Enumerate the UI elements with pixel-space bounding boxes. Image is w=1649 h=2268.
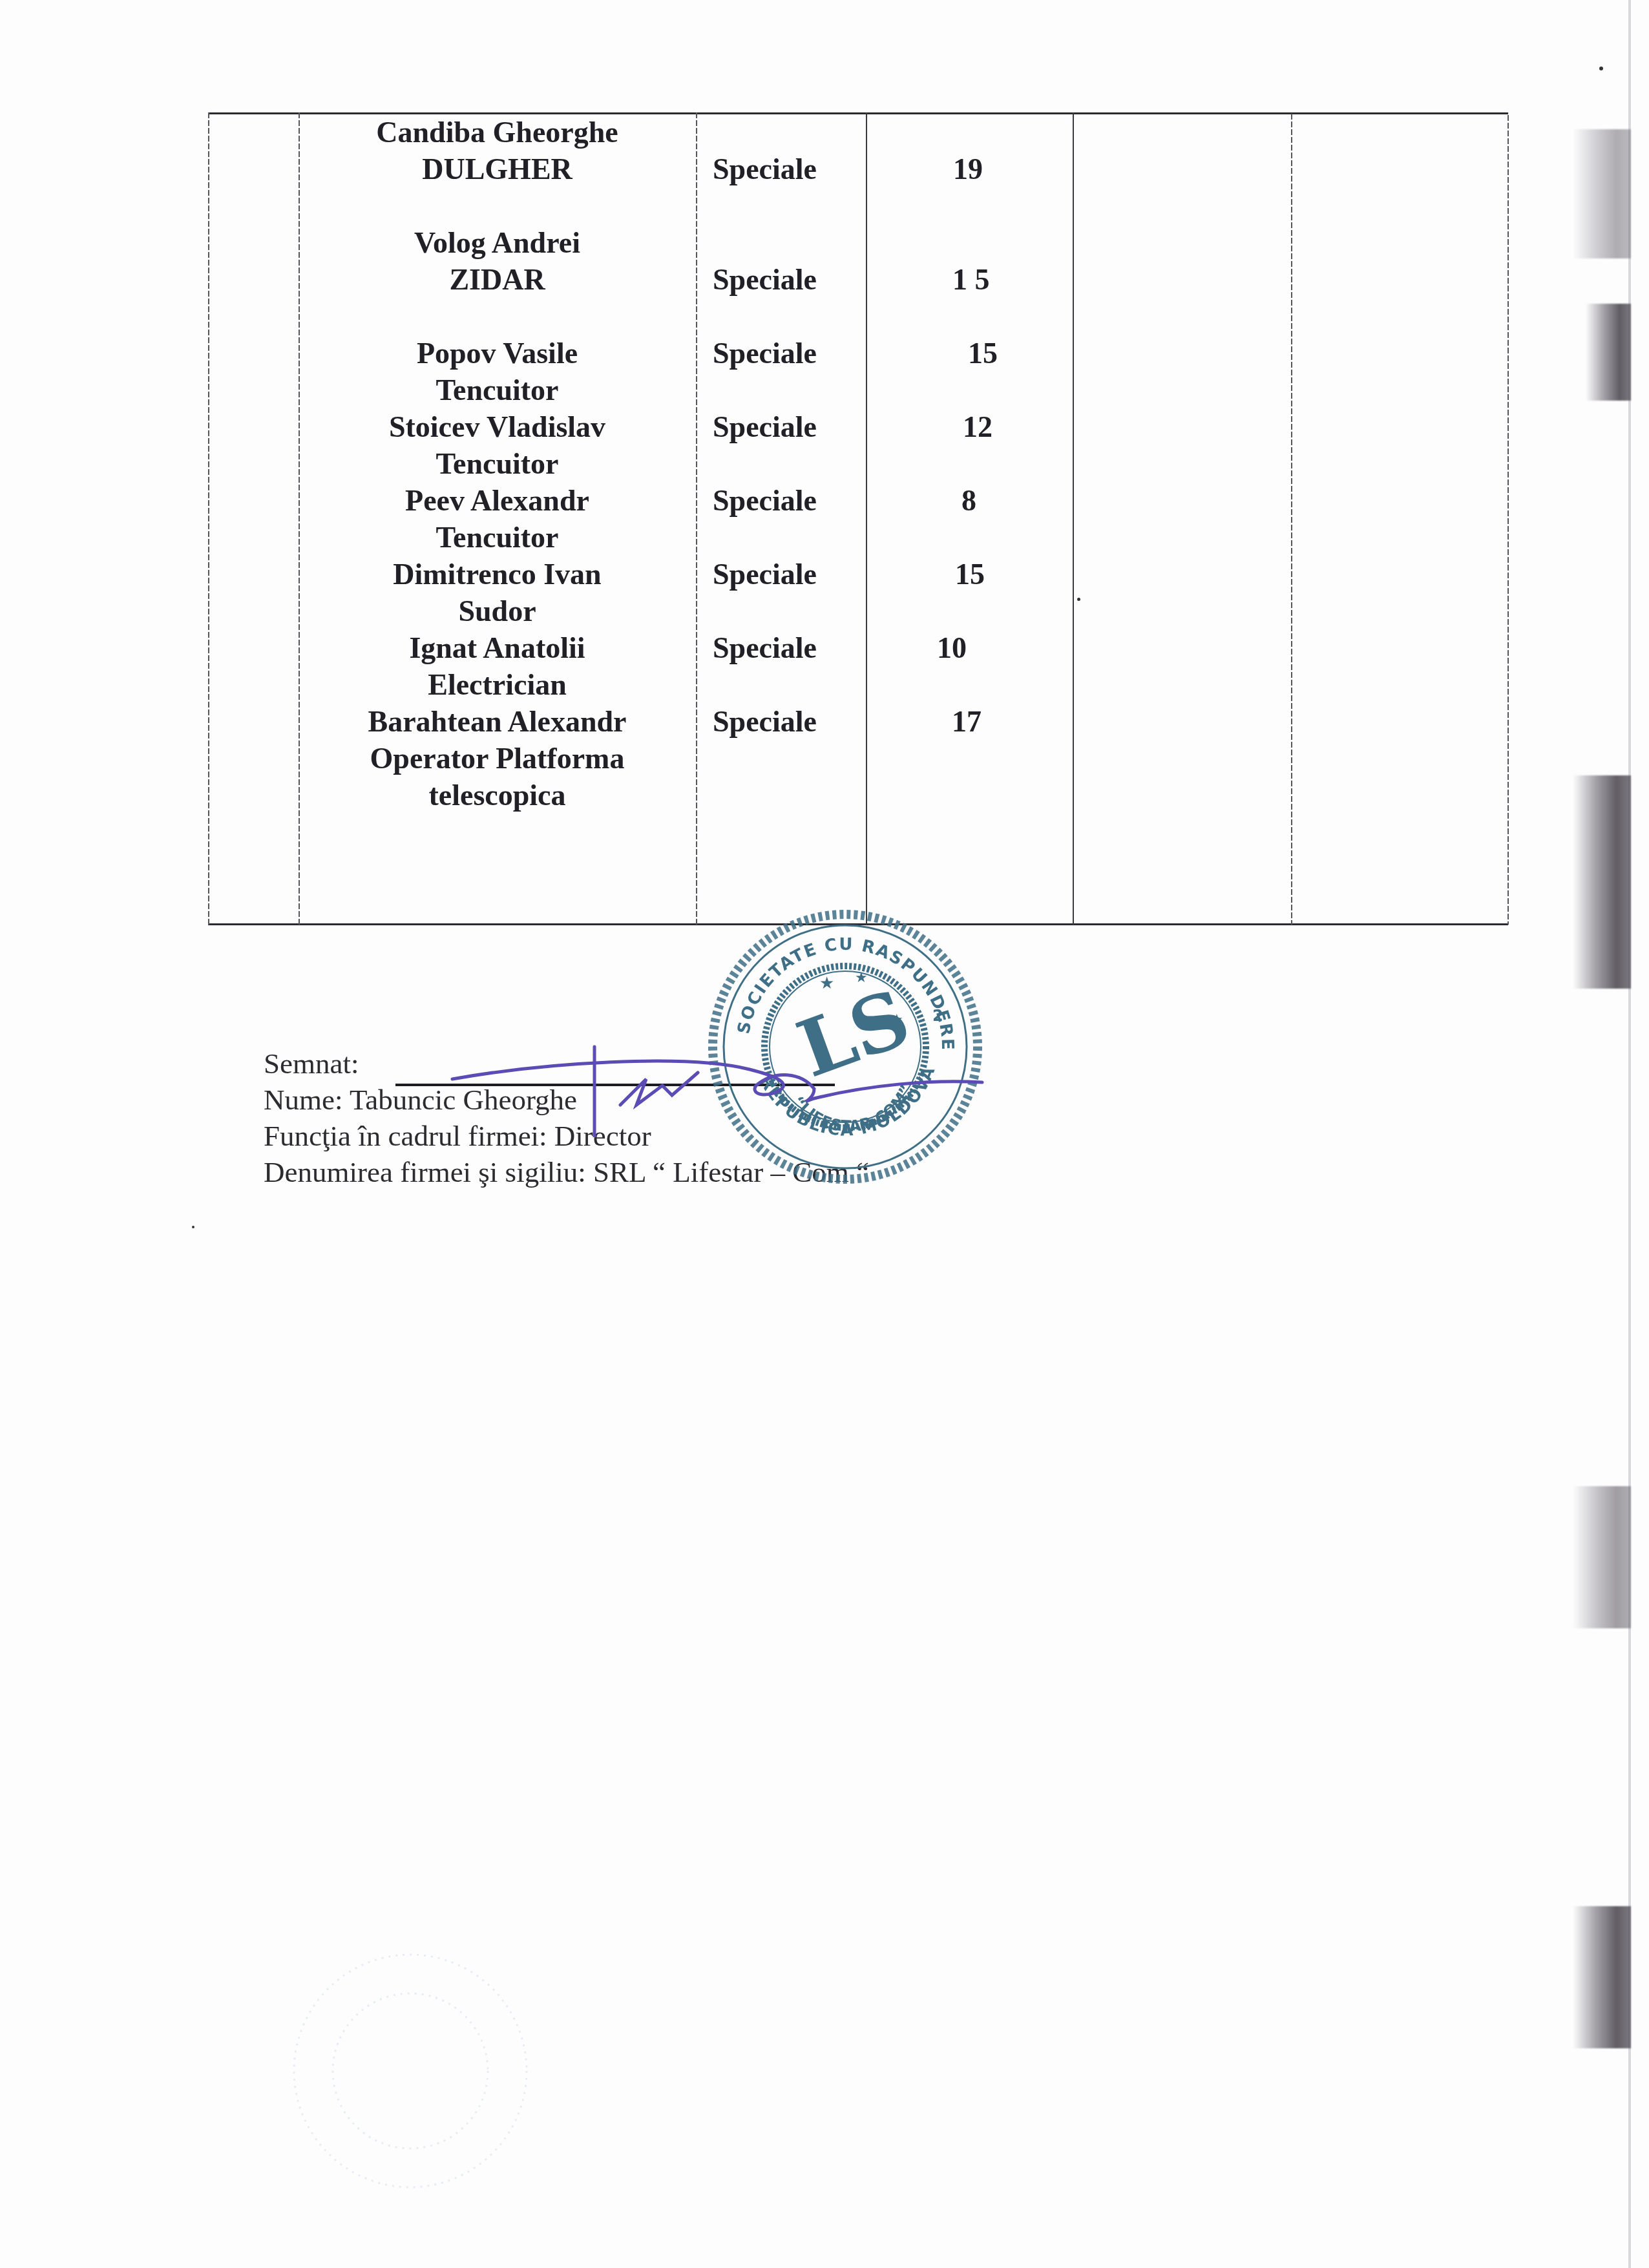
worker-days: 12 <box>963 408 993 445</box>
worker-days: 19 <box>953 151 983 187</box>
scanner-streak <box>1573 775 1631 989</box>
worker-category: Speciale <box>713 629 817 666</box>
worker-role-line2: telescopica <box>299 777 696 814</box>
table-row: Popov Vasile Tencuitor <box>299 335 696 408</box>
worker-days: 8 <box>961 482 976 519</box>
worker-name: Stoicev Vladislav <box>299 408 696 445</box>
worker-days: 1 5 <box>952 261 990 298</box>
worker-role: Tencuitor <box>299 372 696 408</box>
worker-category: Speciale <box>713 482 817 519</box>
document-page: Candiba Gheorghe DULGHER Speciale 19 Vol… <box>0 0 1649 2268</box>
table-col-border <box>1291 114 1292 925</box>
worker-days: 15 <box>955 556 985 593</box>
table-row: Peev Alexandr Tencuitor <box>299 482 696 556</box>
worker-role: Operator Platforma <box>299 740 696 777</box>
worker-category: Speciale <box>713 408 817 445</box>
worker-name: Peev Alexandr <box>299 482 696 519</box>
scan-speck <box>1077 598 1080 601</box>
worker-category: Speciale <box>713 335 817 372</box>
worker-category: Speciale <box>713 151 817 187</box>
signed-label: Semnat: <box>264 1045 359 1082</box>
scanner-streak <box>1586 304 1631 401</box>
table-row: Candiba Gheorghe DULGHER <box>299 114 696 187</box>
table-col-border <box>696 112 697 925</box>
table-row: Barahtean Alexandr Operator Platforma te… <box>299 703 696 814</box>
table-row: Volog Andrei ZIDAR <box>299 224 696 298</box>
table-row: Stoicev Vladislav Tencuitor <box>299 408 696 482</box>
scan-speck <box>192 1226 194 1228</box>
table-col-border <box>866 112 867 925</box>
worker-role: ZIDAR <box>299 261 696 298</box>
worker-name: Barahtean Alexandr <box>299 703 696 740</box>
worker-category: Speciale <box>713 703 817 740</box>
worker-name: Candiba Gheorghe <box>299 114 696 151</box>
worker-name: Dimitrenco Ivan <box>299 556 696 593</box>
worker-role: Electrician <box>299 666 696 703</box>
worker-role: Sudor <box>299 593 696 629</box>
svg-text:★: ★ <box>855 970 868 986</box>
worker-name: Volog Andrei <box>299 224 696 261</box>
svg-text:★: ★ <box>819 974 834 993</box>
worker-category: Speciale <box>713 556 817 593</box>
faint-stamp-impression-icon <box>284 1945 536 2197</box>
worker-role: DULGHER <box>299 151 696 187</box>
worker-days: 17 <box>952 703 982 740</box>
table-col-border <box>208 112 209 925</box>
scanner-streak <box>1573 1486 1631 1628</box>
worker-days: 15 <box>968 335 998 372</box>
worker-role: Tencuitor <box>299 519 696 556</box>
worker-role: Tencuitor <box>299 445 696 482</box>
table-row: Ignat Anatolii Electrician <box>299 629 696 703</box>
handwritten-signature-icon <box>414 1034 995 1137</box>
scanner-streak <box>1573 1906 1631 2048</box>
table-col-border <box>1507 115 1509 925</box>
table-col-border <box>1073 112 1074 925</box>
svg-text:2: 2 <box>932 1007 943 1025</box>
worker-name: Ignat Anatolii <box>299 629 696 666</box>
table-row: Dimitrenco Ivan Sudor <box>299 556 696 629</box>
worker-category: Speciale <box>713 261 817 298</box>
svg-text:★: ★ <box>890 1012 903 1028</box>
scanner-streak <box>1573 129 1631 258</box>
scan-speck <box>1599 67 1603 70</box>
worker-name: Popov Vasile <box>299 335 696 372</box>
worker-days: 10 <box>937 629 967 666</box>
